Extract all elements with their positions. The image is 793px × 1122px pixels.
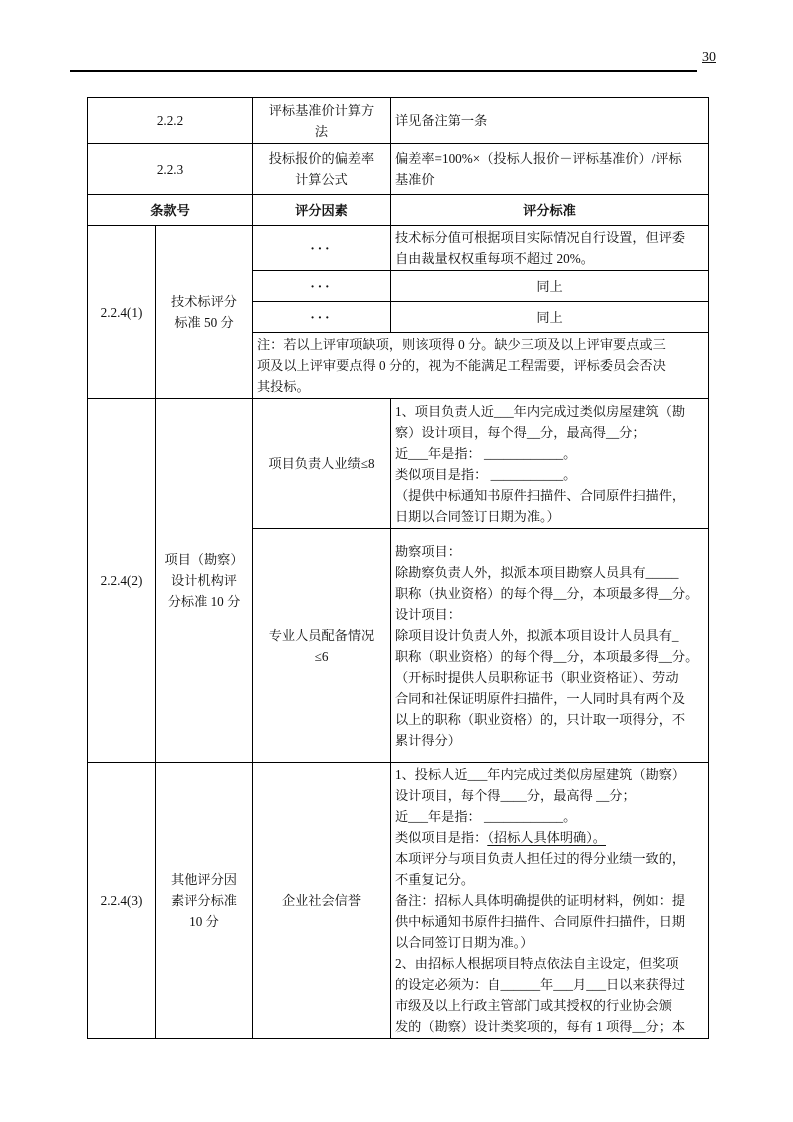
ellipsis-cell: ··· <box>253 302 391 333</box>
row-2-2-4-3: 2.2.4(3) 其他评分因 素评分标准 10 分 企业社会信誉 1、投标人近_… <box>88 763 709 1039</box>
criteria-cell: 勘察项目： 除勘察负责人外，拟派本项目勘察人员具有_____ 职称（执业资格）的… <box>391 529 709 763</box>
row-2-2-3: 2.2.3 投标报价的偏差率 计算公式 偏差率=100%×（投标人报价－评标基准… <box>88 144 709 195</box>
clause-cell: 2.2.4(2) <box>88 399 156 763</box>
criteria-cell: 同上 <box>391 302 709 333</box>
factor-cell: 项目负责人业绩≤8 <box>253 399 391 529</box>
factor-cell: 评标基准价计算方 法 <box>253 98 391 144</box>
table-header-row: 条款号 评分因素 评分标准 <box>88 195 709 226</box>
row-2-2-4-2-a: 2.2.4(2) 项目（勘察） 设计机构评 分标准 10 分 项目负责人业绩≤8… <box>88 399 709 529</box>
criteria-label: 类似项目是指： <box>395 830 487 845</box>
factor-cell: 企业社会信誉 <box>253 763 391 1039</box>
factor-cell: 投标报价的偏差率 计算公式 <box>253 144 391 195</box>
ellipsis-cell: ··· <box>253 226 391 271</box>
criteria-underlined-line: 类似项目是指：（招标人具体明确）。 <box>395 827 704 848</box>
column-header-factor: 评分因素 <box>253 195 391 226</box>
criteria-cell: 1、项目负责人近___年内完成过类似房屋建筑（勘 察）设计项目，每个得__分，最… <box>391 399 709 529</box>
note-cell: 注：若以上评审项缺项，则该项得 0 分。缺少三项及以上评审要点或三 项及以上评审… <box>253 333 709 399</box>
criteria-cell: 偏差率=100%×（投标人报价－评标基准价）/评标 基准价 <box>391 144 709 195</box>
section-title-cell: 技术标评分 标准 50 分 <box>156 226 253 399</box>
criteria-text-part2: 本项评分与项目负责人担任过的得分业绩一致的， 不重复记分。 备注：招标人具体明确… <box>395 848 704 1037</box>
criteria-underlined-text: （招标人具体明确）。 <box>487 830 606 845</box>
factor-cell: 专业人员配备情况 ≤6 <box>253 529 391 763</box>
criteria-text-part1: 1、投标人近___年内完成过类似房屋建筑（勘察） 设计项目，每个得____分，最… <box>395 764 704 827</box>
clause-cell: 2.2.4(1) <box>88 226 156 399</box>
criteria-cell: 详见备注第一条 <box>391 98 709 144</box>
criteria-cell: 同上 <box>391 271 709 302</box>
criteria-cell: 1、投标人近___年内完成过类似房屋建筑（勘察） 设计项目，每个得____分，最… <box>391 763 709 1039</box>
row-2-2-2: 2.2.2 评标基准价计算方 法 详见备注第一条 <box>88 98 709 144</box>
document-page: 30 2.2.2 评标基准价计算方 法 详见备注第一条 2.2.3 投标报价的偏… <box>0 0 793 1122</box>
ellipsis-cell: ··· <box>253 271 391 302</box>
header-rule <box>70 70 697 72</box>
page-number: 30 <box>702 50 716 66</box>
column-header-criteria: 评分标准 <box>391 195 709 226</box>
clause-cell: 2.2.2 <box>88 98 253 144</box>
criteria-cell: 技术标分值可根据项目实际情况自行设置，但评委 自由裁量权权重每项不超过 20%。 <box>391 226 709 271</box>
clause-cell: 2.2.4(3) <box>88 763 156 1039</box>
clause-cell: 2.2.3 <box>88 144 253 195</box>
column-header-clause: 条款号 <box>88 195 253 226</box>
section-title-cell: 项目（勘察） 设计机构评 分标准 10 分 <box>156 399 253 763</box>
evaluation-criteria-table: 2.2.2 评标基准价计算方 法 详见备注第一条 2.2.3 投标报价的偏差率 … <box>87 97 709 1039</box>
row-2-2-4-1-a: 2.2.4(1) 技术标评分 标准 50 分 ··· 技术标分值可根据项目实际情… <box>88 226 709 271</box>
section-title-cell: 其他评分因 素评分标准 10 分 <box>156 763 253 1039</box>
